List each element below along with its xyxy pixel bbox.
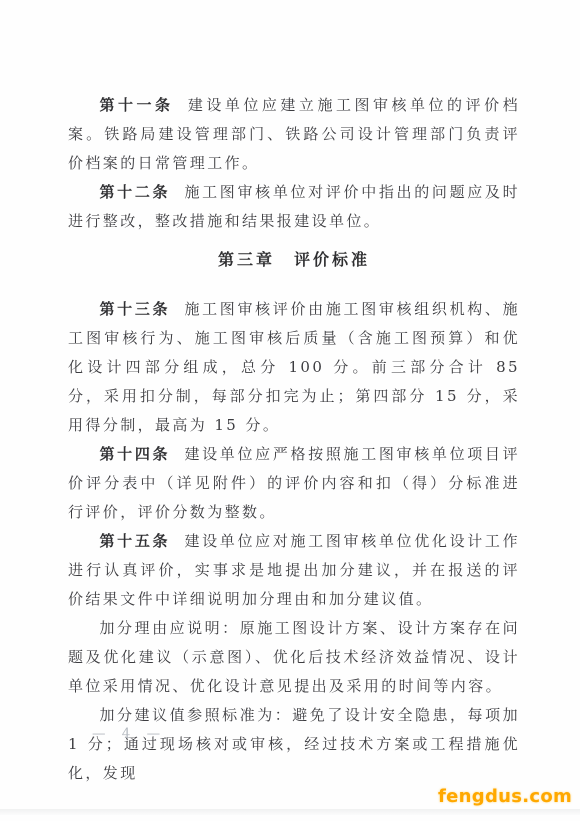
document-body: 第十一条建设单位应建立施工图审核单位的评价档案。铁路局建设管理部门、铁路公司设计…	[68, 91, 520, 788]
paragraph: 第十五条建设单位应对施工图审核单位优化设计工作进行认真评价，实事求是地提出加分建…	[68, 527, 520, 614]
page-number: — 4 —	[92, 726, 166, 742]
paragraph-text: 加分建议值参照标准为：避免了设计安全隐患，每项加 1 分；通过现场核对或审核，经…	[68, 706, 520, 782]
article-number: 第十三条	[100, 300, 171, 318]
paragraph-text: 加分理由应说明：原施工图设计方案、设计方案存在问题及优化建议（示意图）、优化后技…	[68, 619, 520, 695]
article-number: 第十五条	[100, 532, 171, 550]
watermark-site-text: fengdus.com	[438, 786, 572, 807]
article-number: 第十四条	[100, 445, 171, 463]
paragraph: 第十三条施工图审核评价由施工图审核组织机构、施工图审核行为、施工图审核后质量（含…	[68, 295, 520, 440]
paragraph: 第十一条建设单位应建立施工图审核单位的评价档案。铁路局建设管理部门、铁路公司设计…	[68, 91, 520, 178]
article-number: 第十一条	[100, 96, 174, 114]
paragraph: 加分理由应说明：原施工图设计方案、设计方案存在问题及优化建议（示意图）、优化后技…	[68, 614, 520, 701]
scan-bottom-edge	[0, 809, 580, 815]
paragraph-text: 施工图审核评价由施工图审核组织机构、施工图审核行为、施工图审核后质量（含施工图预…	[68, 300, 520, 434]
chapter-heading: 第三章 评价标准	[68, 245, 520, 274]
paragraph: 第十四条建设单位应严格按照施工图审核单位项目评价评分表中（详见附件）的评价内容和…	[68, 440, 520, 527]
article-number: 第十二条	[100, 183, 171, 201]
paragraph: 加分建议值参照标准为：避免了设计安全隐患，每项加 1 分；通过现场核对或审核，经…	[68, 701, 520, 788]
scanned-document-page: 第十一条建设单位应建立施工图审核单位的评价档案。铁路局建设管理部门、铁路公司设计…	[0, 0, 580, 821]
paragraph: 第十二条施工图审核单位对评价中指出的问题应及时进行整改，整改措施和结果报建设单位…	[68, 178, 520, 236]
